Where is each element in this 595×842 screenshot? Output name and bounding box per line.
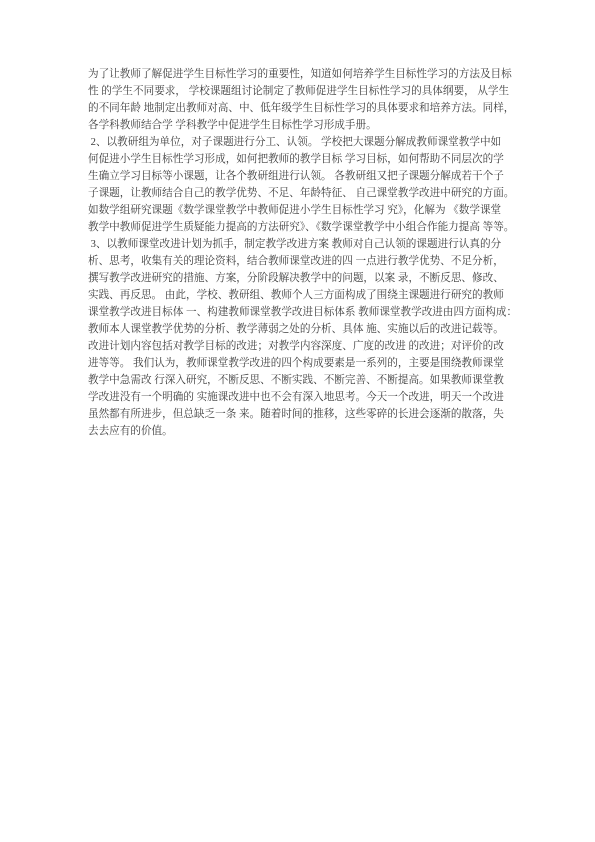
text-line: 3、以教师课堂改进计划为抓手，制定教学改进方案 教师对自己认领的课题进行认真的分 <box>88 236 514 253</box>
text-line: 生确立学习目标等小课题，让各个教研组进行认领。 各教研组又把子课题分解成若干个子 <box>88 168 514 185</box>
text-line: 进等等。 我们认为，教师课堂教学改进的四个构成要素是一系列的，主要是围绕教师课堂 <box>88 355 514 372</box>
text-line: 实践、再反思。 由此，学校、教研组、教师个人三方面构成了围绕主课题进行研究的教师 <box>88 287 514 304</box>
text-line: 教师本人课堂教学优势的分析、教学薄弱之处的分析、具体 施、实施以后的改进记载等。 <box>88 321 514 338</box>
text-line: 虽然都有所进步，但总缺乏一条 来。随着时间的推移，这些零碎的长进会逐渐的散落，失 <box>88 406 514 423</box>
text-line: 2、以教研组为单位，对子课题进行分工、认领。 学校把大课题分解成教师课堂教学中如 <box>88 134 514 151</box>
text-line: 子课题，让教师结合自己的教学优势、不足、年龄特征、 自己课堂教学改进中研究的方面… <box>88 185 514 202</box>
text-line: 学改进没有一个明确的 实施课改进中也不会有深入地思考。今天一个改进，明天一个改进 <box>88 389 514 406</box>
text-line: 各学科教师结合学 学科教学中促进学生目标性学习形成手册。 <box>88 117 514 134</box>
document-text-body: 为了让教师了解促进学生目标性学习的重要性，知道如何培养学生目标性学习的方法及目标… <box>88 66 514 440</box>
text-line: 析、思考，收集有关的理论资料，结合教师课堂改进的四 一点进行教学优势、不足分析， <box>88 253 514 270</box>
text-line: 教学中急需改 行深入研究，不断反思、不断实践、不断完善、不断提高。如果教师课堂教 <box>88 372 514 389</box>
text-line: 为了让教师了解促进学生目标性学习的重要性，知道如何培养学生目标性学习的方法及目标 <box>88 66 514 83</box>
text-line: 性 的学生不同要求， 学校课题组讨论制定了教师促进学生目标性学习的具体纲要， 从… <box>88 83 514 100</box>
text-line: 撰写教学改进研究的措施、方案，分阶段解决教学中的问题，以案 录，不断反思、修改、 <box>88 270 514 287</box>
text-line: 改进计划内容包括对教学目标的改进；对教学内容深度、广度的改进 的改进；对评价的改 <box>88 338 514 355</box>
text-line: 何促进小学生目标性学习形成，如何把教师的教学目标 学习目标，如何帮助不同层次的学 <box>88 151 514 168</box>
text-line: 去去应有的价值。 <box>88 423 514 440</box>
text-line: 课堂教学改进目标体 一、构建教师课堂教学改进目标体系 教师课堂教学改进由四方面构… <box>88 304 514 321</box>
text-line: 教学中教师促进学生质疑能力提高的方法研究》、《数学课堂教学中小组合作能力提高 等… <box>88 219 514 236</box>
document-page: 为了让教师了解促进学生目标性学习的重要性，知道如何培养学生目标性学习的方法及目标… <box>0 0 595 842</box>
text-line: 的不同年龄 地制定出教师对高、中、低年级学生目标性学习的具体要求和培养方法。同样… <box>88 100 514 117</box>
text-line: 如数学组研究课题《数学课堂教学中教师促进小学生目标性学习 究》，化解为 《数学课… <box>88 202 514 219</box>
